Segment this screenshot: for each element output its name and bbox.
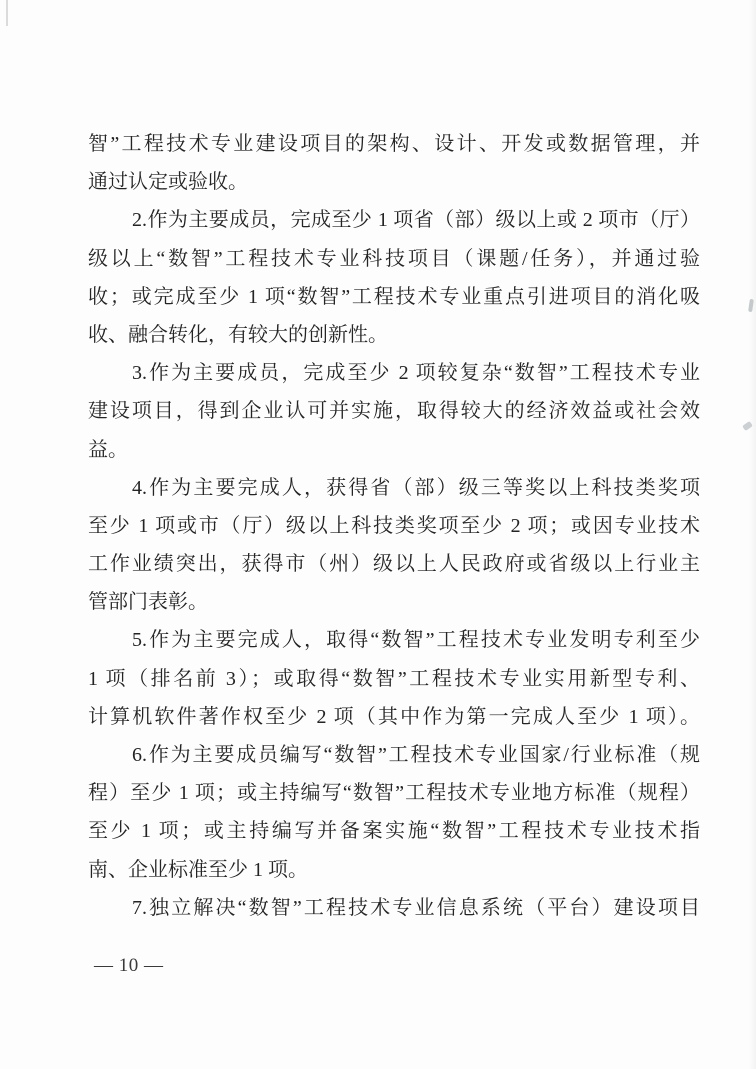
text-line: 益。 bbox=[88, 431, 700, 469]
text-line: 6.作为主要成员编写“数智”工程技术专业国家/行业标准（规 bbox=[88, 736, 700, 774]
text-line: 4.作为主要完成人，获得省（部）级三等奖以上科技类奖项 bbox=[88, 469, 700, 507]
text-line: 智”工程技术专业建设项目的架构、设计、开发或数据管理，并 bbox=[88, 125, 700, 163]
text-line: 级以上“数智”工程技术专业科技项目（课题/任务），并通过验 bbox=[88, 240, 700, 278]
page-number: — 10 — bbox=[94, 955, 164, 977]
text-line: 2.作为主要成员，完成至少 1 项省（部）级以上或 2 项市（厅） bbox=[88, 201, 700, 239]
text-line: 收、融合转化，有较大的创新性。 bbox=[88, 316, 700, 354]
text-line: 管部门表彰。 bbox=[88, 583, 700, 621]
document-page: 智”工程技术专业建设项目的架构、设计、开发或数据管理，并通过认定或验收。2.作为… bbox=[0, 0, 756, 1069]
text-line: 南、企业标准至少 1 项。 bbox=[88, 851, 700, 889]
text-line: 至少 1 项或市（厅）级以上科技类奖项至少 2 项；或因专业技术 bbox=[88, 507, 700, 545]
page-edge-shade bbox=[749, 0, 756, 1069]
text-line: 程）至少 1 项；或主持编写“数智”工程技术专业地方标准（规程） bbox=[88, 774, 700, 812]
text-line: 5.作为主要完成人，取得“数智”工程技术专业发明专利至少 bbox=[88, 621, 700, 659]
text-line: 工作业绩突出，获得市（州）级以上人民政府或省级以上行业主 bbox=[88, 545, 700, 583]
text-line: 3.作为主要成员，完成至少 2 项较复杂“数智”工程技术专业 bbox=[88, 354, 700, 392]
text-line: 1 项（排名前 3）；或取得“数智”工程技术专业实用新型专利、 bbox=[88, 660, 700, 698]
text-line: 7.独立解决“数智”工程技术专业信息系统（平台）建设项目 bbox=[88, 889, 700, 927]
document-body: 智”工程技术专业建设项目的架构、设计、开发或数据管理，并通过认定或验收。2.作为… bbox=[88, 125, 700, 927]
text-line: 建设项目，得到企业认可并实施，取得较大的经济效益或社会效 bbox=[88, 392, 700, 430]
text-line: 收；或完成至少 1 项“数智”工程技术专业重点引进项目的消化吸 bbox=[88, 278, 700, 316]
text-line: 通过认定或验收。 bbox=[88, 163, 700, 201]
text-line: 计算机软件著作权至少 2 项（其中作为第一完成人至少 1 项）。 bbox=[88, 698, 700, 736]
text-line: 至少 1 项；或主持编写并备案实施“数智”工程技术专业技术指 bbox=[88, 812, 700, 850]
scan-artifact bbox=[6, 0, 8, 26]
